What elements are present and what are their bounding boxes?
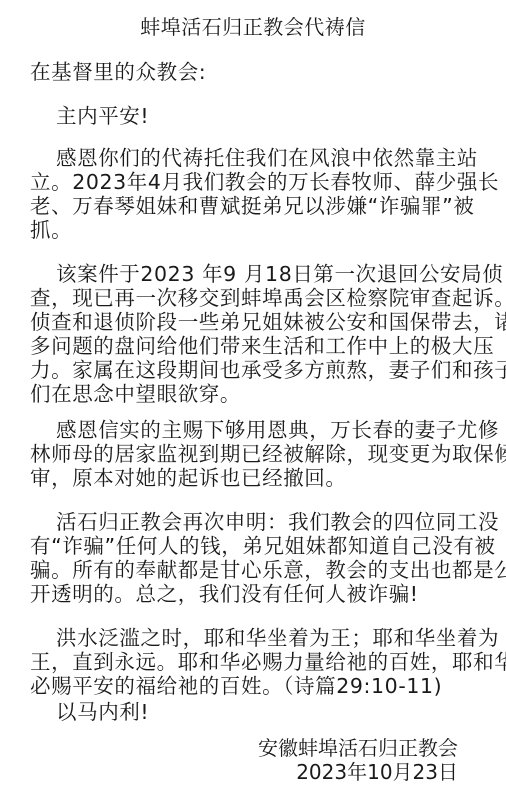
paragraph-4-line: 骗。所有的奉献都是甘心乐意，教会的支出也都是公 [30, 558, 462, 582]
signature-organization: 安徽蚌埠活石归正教会 [258, 736, 458, 760]
paragraph-3-line: 感恩信实的主赐下够用恩典，万长春的妻子尤修 [56, 418, 488, 442]
paragraph-1-line: 抓。 [30, 218, 462, 242]
paragraph-5-line: 洪水泛滥之时，耶和华坐着为王；耶和华坐着为 [56, 626, 488, 650]
paragraph-2-line: 力。家属在这段期间也承受多方煎熬，妻子们和孩子 [30, 358, 462, 382]
signature-date: 2023年10月23日 [296, 760, 458, 784]
paragraph-2-line: 多问题的盘问给他们带来生活和工作中上的极大压 [30, 334, 462, 358]
paragraph-4-line: 开透明的。总之，我们没有任何人被诈骗! [30, 582, 462, 606]
paragraph-5-line: 王，直到永远。耶和华必赐力量给祂的百姓，耶和华 [30, 650, 462, 674]
paragraph-3-line: 审，原本对她的起诉也已经撤回。 [30, 466, 462, 490]
paragraph-2-line: 侦查和退侦阶段一些弟兄姐妹被公安和国保带去，诸 [30, 310, 462, 334]
letter-title: 蚌埠活石归正教会代祷信 [0, 14, 506, 40]
paragraph-3-line: 林师母的居家监视到期已经被解除，现变更为取保候 [30, 442, 462, 466]
paragraph-4-line: 有“诈骗”任何人的钱，弟兄姐妹都知道自己没有被 [30, 534, 462, 558]
paragraph-5-line: 必赐平安的福给祂的百姓。（诗篇29:10-11) [30, 674, 462, 698]
paragraph-1-line: 立。2023年4月我们教会的万长春牧师、薛少强长 [30, 170, 462, 194]
paragraph-1-line: 老、万春琴姐妹和曹斌挺弟兄以涉嫌“诈骗罪”被 [30, 194, 462, 218]
paragraph-4-line: 活石归正教会再次申明：我们教会的四位同工没 [56, 510, 488, 534]
closing: 以马内利! [56, 700, 488, 724]
greeting: 在基督里的众教会: [30, 60, 462, 84]
paragraph-2-line: 查，现已再一次移交到蚌埠禹会区检察院审查起诉。 [30, 286, 462, 310]
paragraph-2-line: 该案件于2023 年9 月18日第一次退回公安局侦 [56, 262, 488, 286]
prayer-letter: 蚌埠活石归正教会代祷信 在基督里的众教会: 主内平安! 感恩你们的代祷托住我们在… [0, 0, 506, 800]
paragraph-2-line: 们在思念中望眼欲穿。 [30, 382, 462, 406]
paragraph-1-line: 感恩你们的代祷托住我们在风浪中依然靠主站 [56, 146, 488, 170]
salutation: 主内平安! [56, 104, 488, 128]
